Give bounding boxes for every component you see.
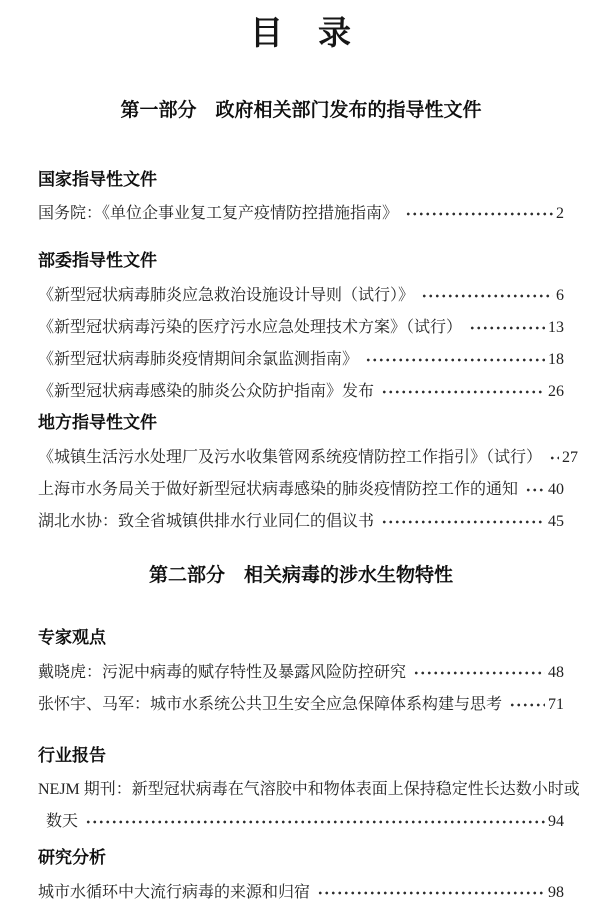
dot-leader [525, 474, 545, 506]
dot-leader [381, 506, 545, 538]
document-page: 目 录 第一部分 政府相关部门发布的指导性文件 国家指导性文件 国务院：《单位企… [0, 0, 600, 912]
toc-entry: 戴晓虎：污泥中病毒的赋存特性及暴露风险防控研究 48 [38, 657, 564, 689]
entry-page-number: 48 [548, 657, 564, 689]
dot-leader [317, 877, 545, 909]
group-heading-research: 研究分析 [38, 848, 564, 868]
entry-title: 《新型冠状病毒肺炎疫情期间余氯监测指南》 [38, 344, 358, 376]
entry-group: 戴晓虎：污泥中病毒的赋存特性及暴露风险防控研究 48 张怀宇、马军：城市水系统公… [38, 657, 564, 721]
group-heading-national: 国家指导性文件 [38, 170, 564, 190]
entry-title: 张怀宇、马军：城市水系统公共卫生安全应急保障体系构建与思考 [38, 689, 502, 721]
toc-entry: 上海市水务局关于做好新型冠状病毒感染的肺炎疫情防控工作的通知 40 [38, 474, 564, 506]
dot-leader [85, 806, 545, 838]
dot-leader [413, 657, 545, 689]
toc-entry: 《新型冠状病毒污染的医疗污水应急处理技术方案》（试行） 13 [38, 312, 564, 344]
entry-title: 国务院：《单位企事业复工复产疫情防控措施指南》 [38, 198, 398, 230]
entry-title: 《新型冠状病毒肺炎应急救治设施设计导则（试行）》 [38, 280, 414, 312]
entry-page-number: 98 [548, 877, 564, 909]
group-heading-ministry: 部委指导性文件 [38, 251, 564, 271]
toc-entry: 《新型冠状病毒肺炎应急救治设施设计导则（试行）》 6 [38, 280, 564, 312]
toc-entry: 数天 94 [38, 806, 564, 838]
entry-group: 国务院：《单位企事业复工复产疫情防控措施指南》 2 [38, 198, 564, 230]
entry-group: 城市水循环中大流行病毒的来源和归宿 98 [38, 877, 564, 909]
entry-page-number: 27 [562, 442, 578, 474]
section-title-part1: 第一部分 政府相关部门发布的指导性文件 [38, 99, 564, 123]
toc-entry: 《城镇生活污水处理厂及污水收集管网系统疫情防控工作指引》（试行） 27 [38, 442, 564, 474]
dot-leader [421, 280, 553, 312]
dot-leader [381, 376, 545, 408]
dot-leader [549, 442, 559, 474]
entry-title: 《城镇生活污水处理厂及污水收集管网系统疫情防控工作指引》（试行） [38, 442, 542, 474]
entry-group: 《新型冠状病毒肺炎应急救治设施设计导则（试行）》 6 《新型冠状病毒污染的医疗污… [38, 280, 564, 408]
toc-entry: 城市水循环中大流行病毒的来源和归宿 98 [38, 877, 564, 909]
entry-title: 《新型冠状病毒污染的医疗污水应急处理技术方案》（试行） [38, 312, 462, 344]
toc-entry: 《新型冠状病毒感染的肺炎公众防护指南》发布 26 [38, 376, 564, 408]
entry-title: 戴晓虎：污泥中病毒的赋存特性及暴露风险防控研究 [38, 657, 406, 689]
toc-entry: 国务院：《单位企事业复工复产疫情防控措施指南》 2 [38, 198, 564, 230]
dot-leader [509, 689, 545, 721]
entry-page-number: 45 [548, 506, 564, 538]
dot-leader [405, 198, 553, 230]
entry-title: 《新型冠状病毒感染的肺炎公众防护指南》发布 [38, 376, 374, 408]
group-heading-local: 地方指导性文件 [38, 413, 564, 433]
entry-group: NEJM 期刊：新型冠状病毒在气溶胶中和物体表面上保持稳定性长达数小时或 数天 … [38, 774, 564, 838]
entry-page-number: 71 [548, 689, 564, 721]
entry-page-number: 18 [548, 344, 564, 376]
section-title-part2: 第二部分 相关病毒的涉水生物特性 [38, 564, 564, 588]
entry-title-line2: 数天 [46, 806, 78, 838]
entry-page-number: 2 [556, 198, 564, 230]
entry-title: 城市水循环中大流行病毒的来源和归宿 [38, 877, 310, 909]
dot-leader [365, 344, 545, 376]
group-heading-experts: 专家观点 [38, 628, 564, 648]
group-heading-industry-report: 行业报告 [38, 746, 564, 766]
entry-title: 湖北水协：致全省城镇供排水行业同仁的倡议书 [38, 506, 374, 538]
entry-page-number: 94 [548, 806, 564, 838]
entry-group: 《城镇生活污水处理厂及污水收集管网系统疫情防控工作指引》（试行） 27 上海市水… [38, 442, 564, 538]
entry-title-line1: NEJM 期刊：新型冠状病毒在气溶胶中和物体表面上保持稳定性长达数小时或 [38, 774, 580, 806]
dot-leader [469, 312, 545, 344]
toc-entry: 张怀宇、马军：城市水系统公共卫生安全应急保障体系构建与思考 71 [38, 689, 564, 721]
toc-entry: NEJM 期刊：新型冠状病毒在气溶胶中和物体表面上保持稳定性长达数小时或 [38, 774, 564, 806]
toc-entry: 湖北水协：致全省城镇供排水行业同仁的倡议书 45 [38, 506, 564, 538]
page-title: 目 录 [38, 14, 564, 54]
entry-page-number: 26 [548, 376, 564, 408]
toc-entry: 《新型冠状病毒肺炎疫情期间余氯监测指南》 18 [38, 344, 564, 376]
entry-title: 上海市水务局关于做好新型冠状病毒感染的肺炎疫情防控工作的通知 [38, 474, 518, 506]
entry-page-number: 40 [548, 474, 564, 506]
entry-page-number: 6 [556, 280, 564, 312]
entry-page-number: 13 [548, 312, 564, 344]
